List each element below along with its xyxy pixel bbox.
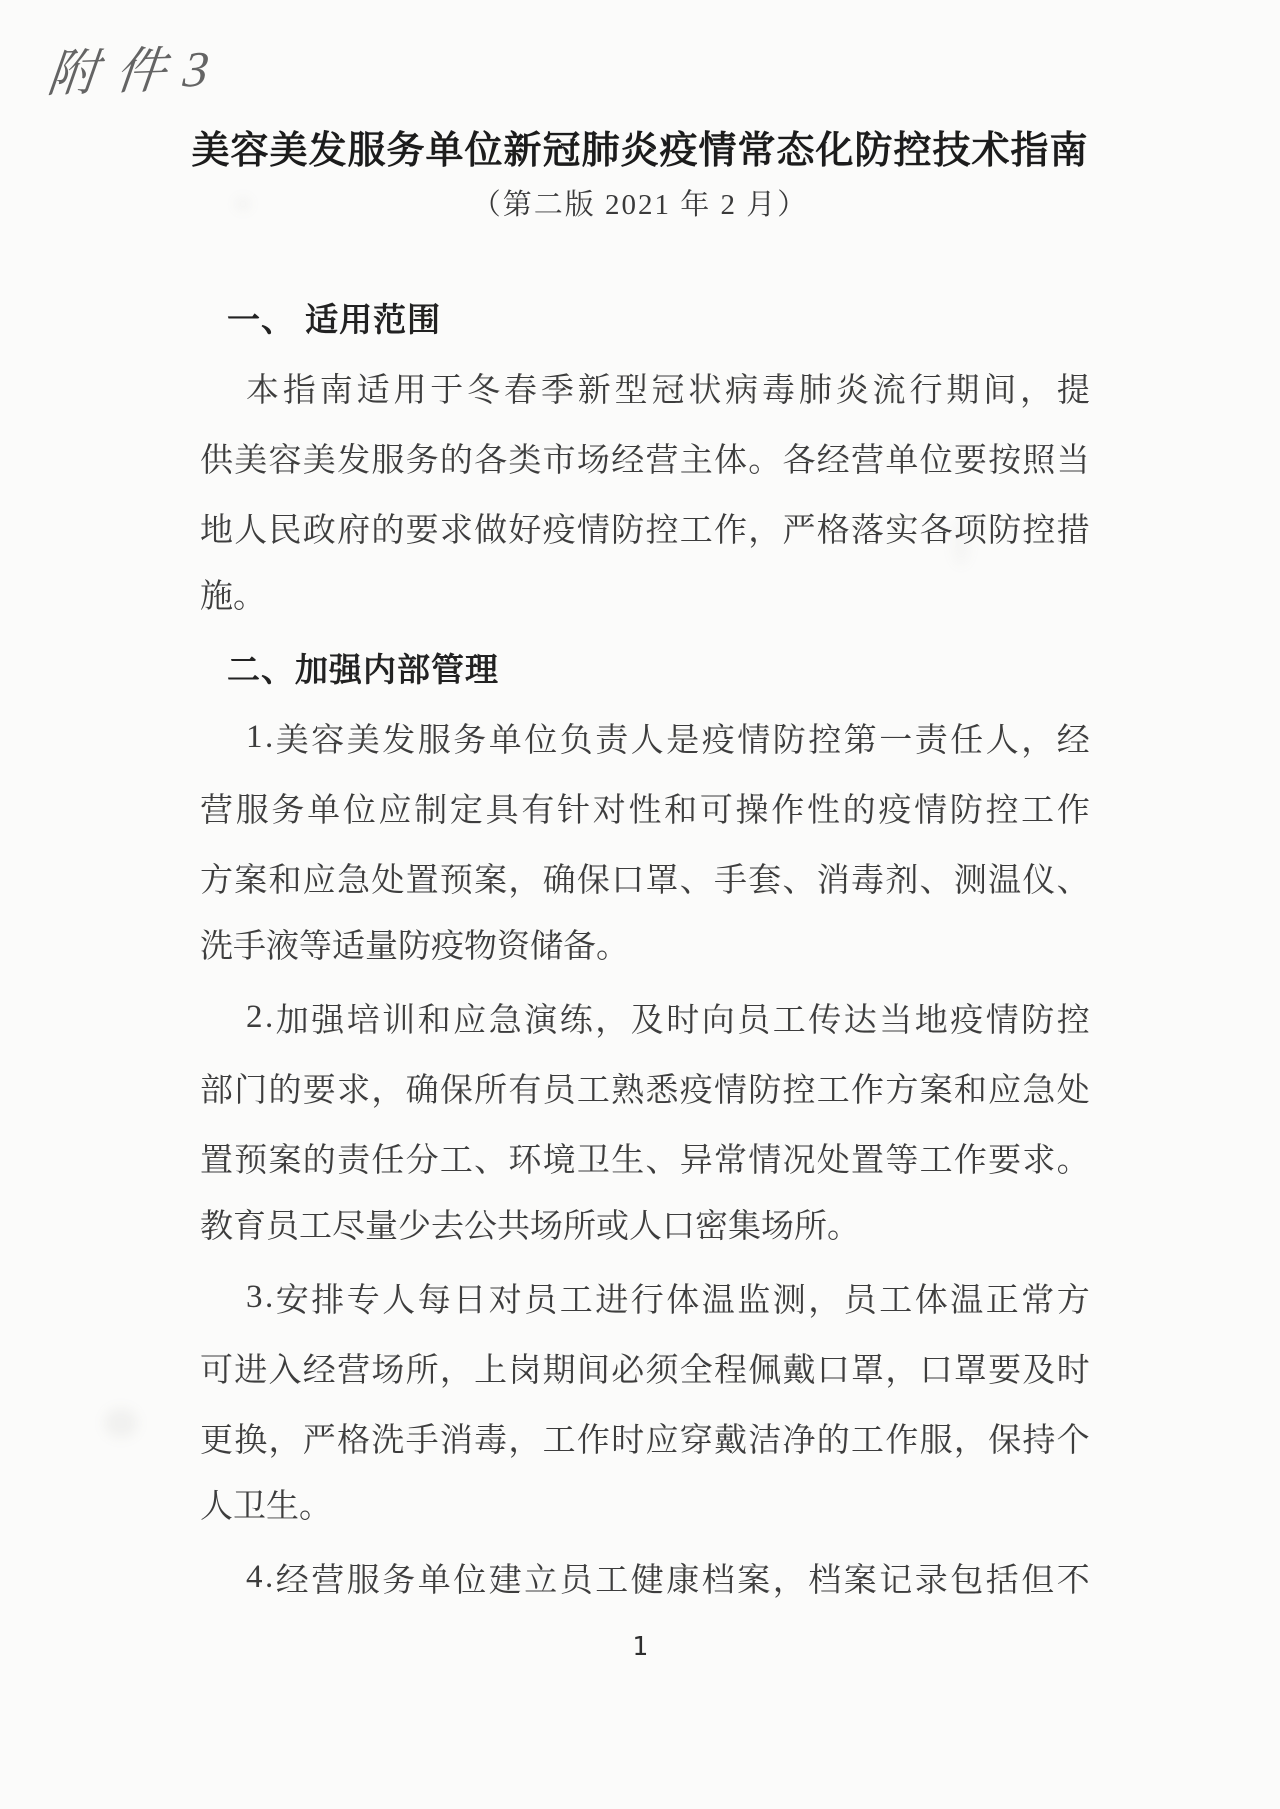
text-line: 人卫生。 — [200, 1472, 1090, 1542]
text-line: 1.美容美发服务单位负责人是疫情防控第一责任人，经 — [200, 702, 1090, 772]
section-heading-2: 二、加强内部管理 — [227, 632, 1090, 702]
text-line: 营服务单位应制定具有针对性和可操作性的疫情防控工作 — [200, 772, 1090, 842]
text-line: 供美容美发服务的各类市场经营主体。各经营单位要按照当 — [200, 422, 1090, 492]
handwritten-attachment-annotation: 附件3 — [43, 0, 1279, 120]
text-line: 施。 — [200, 562, 1090, 632]
text-line: 洗手液等适量防疫物资储备。 — [200, 912, 1090, 982]
paragraph: 4.经营服务单位建立员工健康档案，档案记录包括但不 — [200, 1542, 1090, 1612]
text-line: 地人民政府的要求做好疫情防控工作，严格落实各项防控措 — [200, 492, 1090, 562]
document-title: 美容美发服务单位新冠肺炎疫情常态化防控技术指南 — [0, 124, 1280, 178]
text-line: 2.加强培训和应急演练，及时向员工传达当地疫情防控 — [200, 982, 1090, 1052]
text-line: 部门的要求，确保所有员工熟悉疫情防控工作方案和应急处 — [200, 1052, 1090, 1122]
text-line: 本指南适用于冬春季新型冠状病毒肺炎流行期间，提 — [200, 352, 1090, 422]
text-line: 方案和应急处置预案，确保口罩、手套、消毒剂、测温仪、 — [200, 842, 1090, 912]
paragraph: 2.加强培训和应急演练，及时向员工传达当地疫情防控 部门的要求，确保所有员工熟悉… — [200, 982, 1090, 1262]
text-line: 置预案的责任分工、环境卫生、异常情况处置等工作要求。 — [200, 1122, 1090, 1192]
scan-smudge — [104, 1408, 138, 1438]
scanned-document-page: 附件3 美容美发服务单位新冠肺炎疫情常态化防控技术指南 （第二版 2021 年 … — [0, 0, 1280, 1809]
text-line: 4.经营服务单位建立员工健康档案，档案记录包括但不 — [200, 1542, 1090, 1612]
paragraph: 3.安排专人每日对员工进行体温监测，员工体温正常方 可进入经营场所，上岗期间必须… — [200, 1262, 1090, 1542]
paragraph: 本指南适用于冬春季新型冠状病毒肺炎流行期间，提 供美容美发服务的各类市场经营主体… — [200, 352, 1090, 632]
text-line: 教育员工尽量少去公共场所或人口密集场所。 — [200, 1192, 1090, 1262]
section-heading-1: 一、 适用范围 — [227, 282, 1090, 352]
page-number: 1 — [0, 1632, 1280, 1662]
text-line: 可进入经营场所，上岗期间必须全程佩戴口罩，口罩要及时 — [200, 1332, 1090, 1402]
document-body: 一、 适用范围 本指南适用于冬春季新型冠状病毒肺炎流行期间，提 供美容美发服务的… — [200, 282, 1090, 1612]
paragraph: 1.美容美发服务单位负责人是疫情防控第一责任人，经 营服务单位应制定具有针对性和… — [200, 702, 1090, 982]
text-line: 更换，严格洗手消毒，工作时应穿戴洁净的工作服，保持个 — [200, 1402, 1090, 1472]
document-subtitle: （第二版 2021 年 2 月） — [0, 184, 1280, 226]
text-line: 3.安排专人每日对员工进行体温监测，员工体温正常方 — [200, 1262, 1090, 1332]
